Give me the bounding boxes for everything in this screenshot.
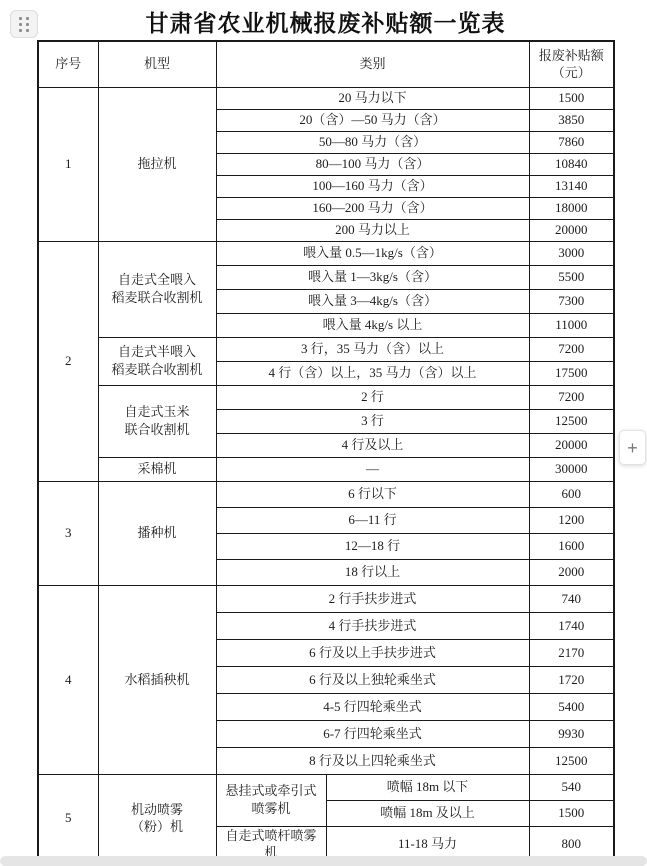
- table-row: 5机动喷雾 （粉）机悬挂式或牵引式喷雾机喷幅 18m 以下540: [38, 774, 614, 800]
- category-cell: 喂入量 3—4kg/s（含）: [216, 289, 529, 313]
- category-cell: 4 行（含）以上，35 马力（含）以上: [216, 361, 529, 385]
- table-row: 自走式半喂入 稻麦联合收割机3 行，35 马力（含）以上7200: [38, 337, 614, 361]
- category-cell: 3 行，35 马力（含）以上: [216, 337, 529, 361]
- category-cell: 4 行手扶步进式: [216, 612, 529, 639]
- category-cell: 100—160 马力（含）: [216, 175, 529, 197]
- category-cell: 喂入量 1—3kg/s（含）: [216, 265, 529, 289]
- table-row: 3播种机6 行以下600: [38, 481, 614, 507]
- table-row: 4水稻插秧机2 行手扶步进式740: [38, 585, 614, 612]
- subsidy-amount-cell: 1200: [529, 507, 614, 533]
- subsidy-amount-cell: 7300: [529, 289, 614, 313]
- subsidy-amount-cell: 12500: [529, 747, 614, 774]
- subsidy-amount-cell: 12500: [529, 409, 614, 433]
- subsidy-amount-cell: 3000: [529, 241, 614, 265]
- category-cell: 喂入量 0.5—1kg/s（含）: [216, 241, 529, 265]
- machine-type-cell: 机动喷雾 （粉）机: [98, 774, 216, 863]
- machine-type-cell: 播种机: [98, 481, 216, 585]
- add-button[interactable]: +: [619, 430, 646, 465]
- machine-type-cell: 采棉机: [98, 457, 216, 481]
- category-cell: 喷幅 18m 及以上: [326, 800, 529, 826]
- subsidy-table-body: 1拖拉机20 马力以下150020（含）—50 马力（含）385050—80 马…: [38, 87, 614, 863]
- subsidy-amount-cell: 11000: [529, 313, 614, 337]
- header-no: 序号: [38, 41, 98, 87]
- subsidy-amount-cell: 3850: [529, 109, 614, 131]
- subsidy-amount-cell: 540: [529, 774, 614, 800]
- category-cell: 18 行以上: [216, 559, 529, 585]
- subsidy-amount-cell: 1720: [529, 666, 614, 693]
- category-cell: 3 行: [216, 409, 529, 433]
- subsidy-amount-cell: 1500: [529, 800, 614, 826]
- machine-type-cell: 自走式玉米 联合收割机: [98, 385, 216, 457]
- category-cell: 200 马力以上: [216, 219, 529, 241]
- subsidy-amount-cell: 10840: [529, 153, 614, 175]
- section-number-cell: 2: [38, 241, 98, 481]
- subsidy-amount-cell: 18000: [529, 197, 614, 219]
- category-cell: 8 行及以上四轮乘坐式: [216, 747, 529, 774]
- category-cell: 20（含）—50 马力（含）: [216, 109, 529, 131]
- category-cell: 2 行: [216, 385, 529, 409]
- category-cell: 20 马力以下: [216, 87, 529, 109]
- machine-type-cell: 自走式全喂入 稻麦联合收割机: [98, 241, 216, 337]
- subsidy-amount-cell: 7860: [529, 131, 614, 153]
- section-number-cell: 1: [38, 87, 98, 241]
- category-cell: 6 行及以上手扶步进式: [216, 639, 529, 666]
- machine-type-cell: 拖拉机: [98, 87, 216, 241]
- category-cell: 喂入量 4kg/s 以上: [216, 313, 529, 337]
- header-category: 类别: [216, 41, 529, 87]
- table-row: 2自走式全喂入 稻麦联合收割机喂入量 0.5—1kg/s（含）3000: [38, 241, 614, 265]
- plus-icon: +: [627, 439, 638, 457]
- subsidy-amount-cell: 1500: [529, 87, 614, 109]
- drag-handle-button[interactable]: [10, 10, 38, 38]
- machine-type-cell: 水稻插秧机: [98, 585, 216, 774]
- grip-dots-icon: [19, 17, 29, 32]
- header-subsidy-amount: 报废补贴额（元）: [529, 41, 614, 87]
- section-number-cell: 5: [38, 774, 98, 863]
- category-cell: 160—200 马力（含）: [216, 197, 529, 219]
- page-title: 甘肃省农业机械报废补贴额一览表: [37, 5, 614, 38]
- category-cell: 80—100 马力（含）: [216, 153, 529, 175]
- subsidy-amount-cell: 13140: [529, 175, 614, 197]
- subsidy-amount-cell: 2000: [529, 559, 614, 585]
- category-cell: 50—80 马力（含）: [216, 131, 529, 153]
- subsidy-amount-cell: 740: [529, 585, 614, 612]
- category-cell: 6 行及以上独轮乘坐式: [216, 666, 529, 693]
- subsidy-amount-cell: 20000: [529, 433, 614, 457]
- machine-subtype-cell: 悬挂式或牵引式喷雾机: [216, 774, 326, 826]
- subsidy-amount-cell: 7200: [529, 337, 614, 361]
- category-cell: —: [216, 457, 529, 481]
- subsidy-amount-cell: 5400: [529, 693, 614, 720]
- subsidy-table-wrap: 序号 机型 类别 报废补贴额（元） 1拖拉机20 马力以下150020（含）—5…: [37, 40, 615, 864]
- machine-type-cell: 自走式半喂入 稻麦联合收割机: [98, 337, 216, 385]
- header-row: 序号 机型 类别 报废补贴额（元）: [38, 41, 614, 87]
- section-number-cell: 3: [38, 481, 98, 585]
- category-cell: 2 行手扶步进式: [216, 585, 529, 612]
- table-row: 自走式玉米 联合收割机2 行7200: [38, 385, 614, 409]
- category-cell: 6 行以下: [216, 481, 529, 507]
- category-cell: 6—11 行: [216, 507, 529, 533]
- subsidy-amount-cell: 600: [529, 481, 614, 507]
- horizontal-scrollbar[interactable]: [0, 856, 647, 866]
- table-row: 采棉机—30000: [38, 457, 614, 481]
- category-cell: 4-5 行四轮乘坐式: [216, 693, 529, 720]
- subsidy-amount-cell: 9930: [529, 720, 614, 747]
- horizontal-scrollbar-thumb[interactable]: [0, 856, 647, 866]
- subsidy-amount-cell: 20000: [529, 219, 614, 241]
- category-cell: 6-7 行四轮乘坐式: [216, 720, 529, 747]
- subsidy-amount-cell: 2170: [529, 639, 614, 666]
- category-cell: 12—18 行: [216, 533, 529, 559]
- subsidy-amount-cell: 1740: [529, 612, 614, 639]
- subsidy-table: 序号 机型 类别 报废补贴额（元） 1拖拉机20 马力以下150020（含）—5…: [37, 40, 615, 864]
- subsidy-amount-cell: 17500: [529, 361, 614, 385]
- section-number-cell: 4: [38, 585, 98, 774]
- subsidy-amount-cell: 30000: [529, 457, 614, 481]
- header-machine-type: 机型: [98, 41, 216, 87]
- subsidy-amount-cell: 5500: [529, 265, 614, 289]
- table-row: 1拖拉机20 马力以下1500: [38, 87, 614, 109]
- subsidy-amount-cell: 1600: [529, 533, 614, 559]
- subsidy-amount-cell: 7200: [529, 385, 614, 409]
- category-cell: 喷幅 18m 以下: [326, 774, 529, 800]
- category-cell: 4 行及以上: [216, 433, 529, 457]
